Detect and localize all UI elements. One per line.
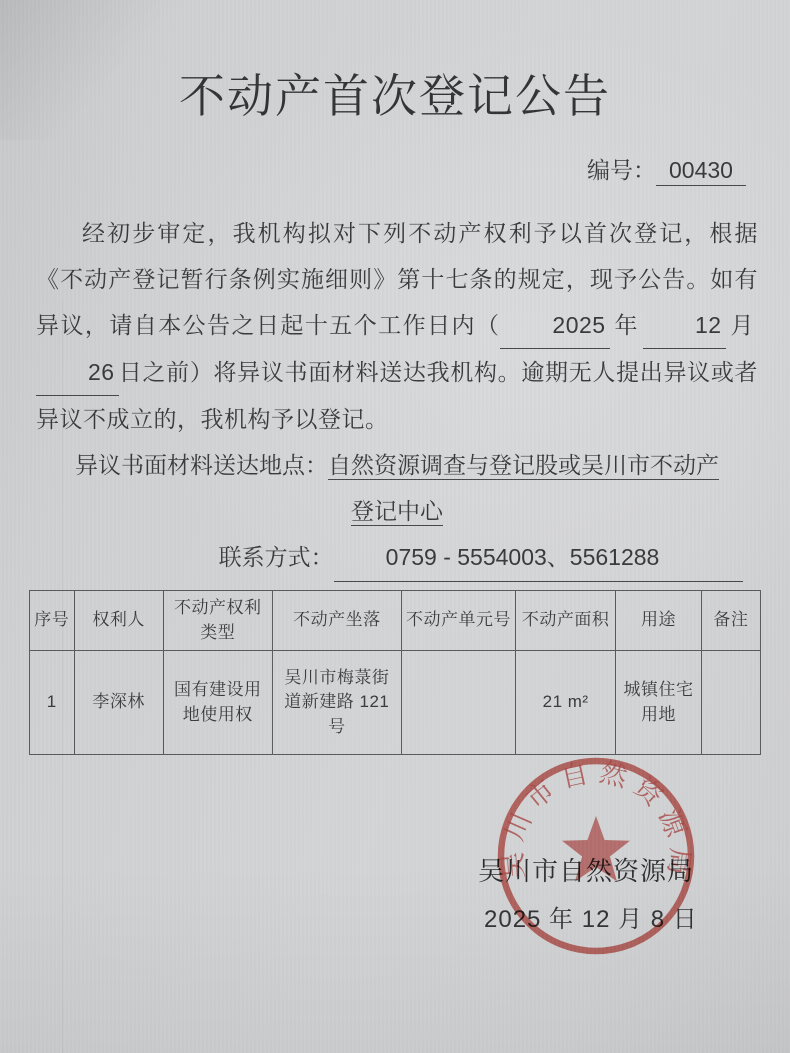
cell-seq: 1 xyxy=(30,651,75,755)
contact-label: 联系方式： xyxy=(219,544,334,570)
address-label: 异议书面材料送达地点： xyxy=(75,452,328,478)
cell-usage: 城镇住宅用地 xyxy=(616,651,702,755)
cell-area: 21 m² xyxy=(516,651,616,755)
header-holder: 权利人 xyxy=(74,591,163,651)
registration-table: 序号 权利人 不动产权利类型 不动产坐落 不动产单元号 不动产面积 用途 备注 … xyxy=(29,590,761,755)
cell-location: 吴川市梅菉街道新建路 121 号 xyxy=(272,651,401,755)
number-label: 编号： xyxy=(587,157,656,183)
cell-remark xyxy=(701,651,760,755)
cell-unit-no xyxy=(402,651,516,755)
page-title: 不动产首次登记公告 xyxy=(0,60,790,126)
deadline-year: 2025 xyxy=(500,302,609,349)
deadline-month: 12 xyxy=(643,302,726,349)
header-usage: 用途 xyxy=(616,591,702,651)
paragraph-text-end: 日之前）将异议书面材料送达我机构。逾期无人提出异议或者异议不成立的，我机构予以登… xyxy=(36,359,758,432)
header-location: 不动产坐落 xyxy=(272,591,401,651)
announcement-paragraph: 经初步审定，我机构拟对下列不动产权利予以首次登记，根据《不动产登记暂行条例实施细… xyxy=(36,210,758,442)
document-number-line: 编号：00430 xyxy=(587,152,746,186)
issuing-organization: 吴川市自然资源局 xyxy=(478,851,694,888)
header-right-type: 不动产权利类型 xyxy=(163,591,272,651)
address-value-line2: 登记中心 xyxy=(351,498,443,526)
header-remark: 备注 xyxy=(701,591,760,651)
header-seq: 序号 xyxy=(30,591,75,651)
table-header-row: 序号 权利人 不动产权利类型 不动产坐落 不动产单元号 不动产面积 用途 备注 xyxy=(30,591,761,651)
header-unit-no: 不动产单元号 xyxy=(402,591,516,651)
contact-phone-numbers: 0759 - 5554003、5561288 xyxy=(334,534,744,582)
address-value-line1: 自然资源调查与登记股或吴川市不动产 xyxy=(328,452,719,480)
announcement-body: 经初步审定，我机构拟对下列不动产权利予以首次登记，根据《不动产登记暂行条例实施细… xyxy=(36,210,758,582)
document-page: 不动产首次登记公告 编号：00430 经初步审定，我机构拟对下列不动产权利予以首… xyxy=(0,0,790,1053)
cell-holder: 李深林 xyxy=(74,651,163,755)
year-unit: 年 xyxy=(614,312,639,338)
month-unit: 月 xyxy=(730,312,754,338)
contact-line: 联系方式：0759 - 5554003、5561288 xyxy=(36,534,758,582)
deadline-day: 26 xyxy=(36,349,119,396)
objection-address-line: 异议书面材料送达地点：自然资源调查与登记股或吴川市不动产登记中心 xyxy=(36,442,758,534)
issue-date: 2025 年 12 月 8 日 xyxy=(484,899,698,934)
number-value: 00430 xyxy=(656,157,746,186)
cell-right-type: 国有建设用地使用权 xyxy=(163,651,272,755)
header-area: 不动产面积 xyxy=(516,591,616,651)
table-row: 1 李深林 国有建设用地使用权 吴川市梅菉街道新建路 121 号 21 m² 城… xyxy=(30,651,761,755)
